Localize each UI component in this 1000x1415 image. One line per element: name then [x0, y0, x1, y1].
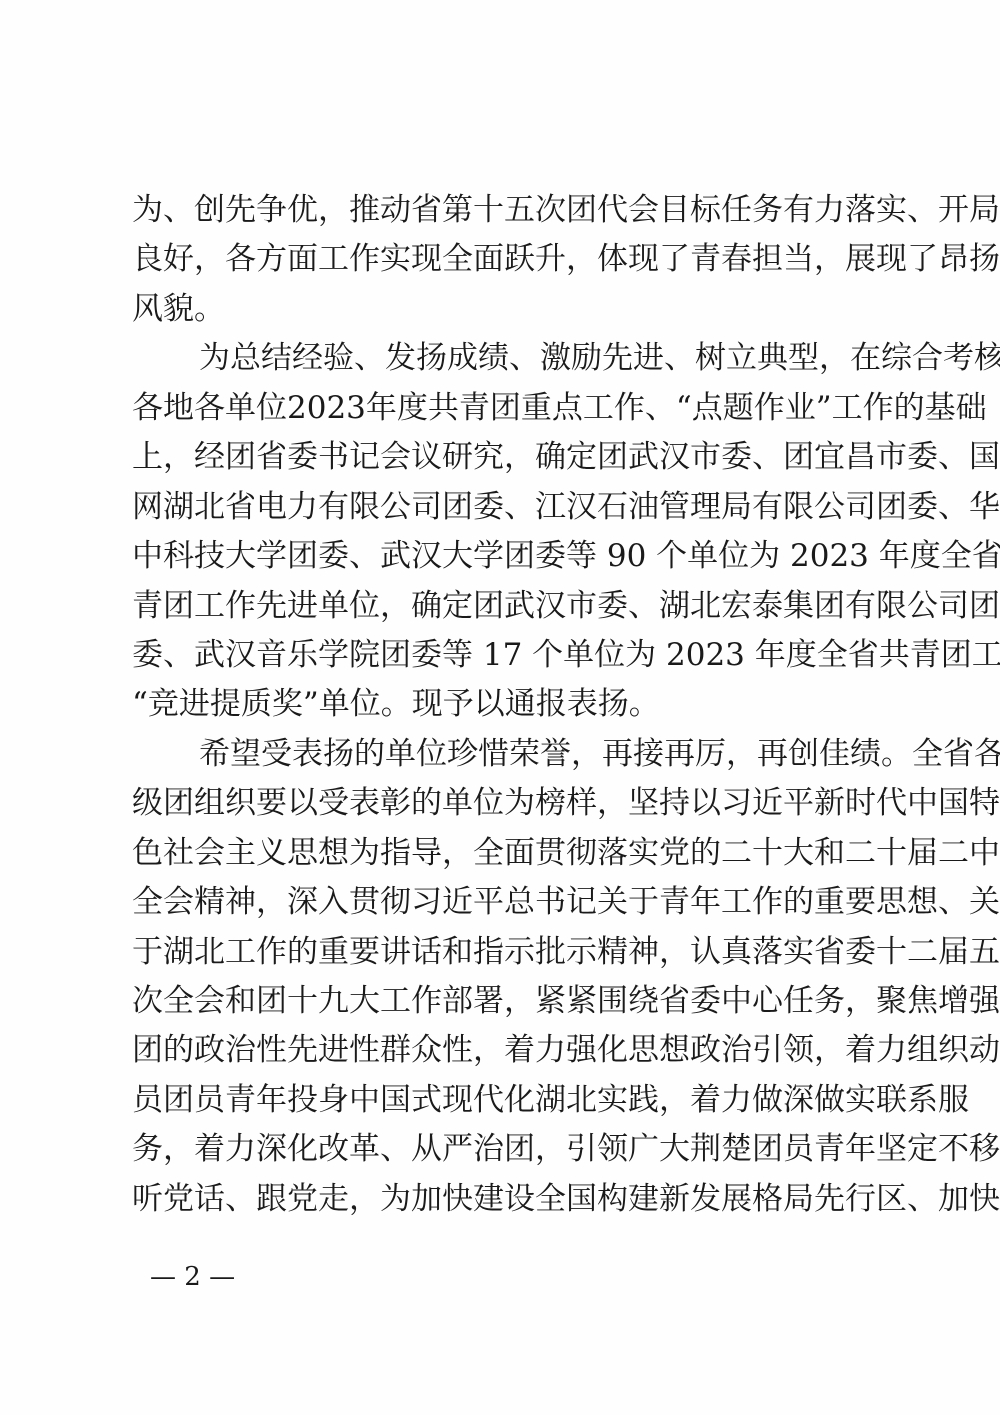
text-line: 风貌。: [132, 285, 872, 334]
paragraph-2: 为总结经验、发扬成绩、激励先进、树立典型，在综合考核 各地各单位2023年度共青…: [132, 334, 872, 730]
text-line: 委、武汉音乐学院团委等 17 个单位为 2023 年度全省共青团工作: [132, 631, 872, 680]
text-line: 青团工作先进单位，确定团武汉市委、湖北宏泰集团有限公司团: [132, 582, 872, 631]
text-line: 网湖北省电力有限公司团委、江汉石油管理局有限公司团委、华: [132, 483, 872, 532]
text-line: 良好，各方面工作实现全面跃升，体现了青春担当，展现了昂扬: [132, 235, 872, 284]
text-line: 希望受表扬的单位珍惜荣誉，再接再厉，再创佳绩。全省各: [132, 730, 872, 779]
text-line: 色社会主义思想为指导，全面贯彻落实党的二十大和二十届二中: [132, 829, 872, 878]
text-line: 听党话、跟党走，为加快建设全国构建新发展格局先行区、加快: [132, 1175, 872, 1224]
text-line: 次全会和团十九大工作部署，紧紧围绕省委中心任务，聚焦增强: [132, 977, 872, 1026]
text-line: 上，经团省委书记会议研究，确定团武汉市委、团宜昌市委、国: [132, 433, 872, 482]
paragraph-3: 希望受表扬的单位珍惜荣誉，再接再厉，再创佳绩。全省各 级团组织要以受表彰的单位为…: [132, 730, 872, 1224]
text-line: 为总结经验、发扬成绩、激励先进、树立典型，在综合考核: [132, 334, 872, 383]
text-line: 员团员青年投身中国式现代化湖北实践，着力做深做实联系服: [132, 1076, 872, 1125]
text-line: 级团组织要以受表彰的单位为榜样，坚持以习近平新时代中国特: [132, 779, 872, 828]
text-line: 于湖北工作的重要讲话和指示批示精神，认真落实省委十二届五: [132, 928, 872, 977]
page-number: — 2 —: [150, 1262, 235, 1292]
paragraph-1: 为、创先争优，推动省第十五次团代会目标任务有力落实、开局 良好，各方面工作实现全…: [132, 186, 872, 334]
document-page: 为、创先争优，推动省第十五次团代会目标任务有力落实、开局 良好，各方面工作实现全…: [0, 0, 1000, 1415]
text-line: 中科技大学团委、武汉大学团委等 90 个单位为 2023 年度全省共: [132, 532, 872, 581]
text-line: 全会精神，深入贯彻习近平总书记关于青年工作的重要思想、关: [132, 878, 872, 927]
text-line: 各地各单位2023年度共青团重点工作、“点题作业”工作的基础: [132, 384, 872, 433]
text-line: 团的政治性先进性群众性，着力强化思想政治引领，着力组织动: [132, 1026, 872, 1075]
text-line: 为、创先争优，推动省第十五次团代会目标任务有力落实、开局: [132, 186, 872, 235]
body-text: 为、创先争优，推动省第十五次团代会目标任务有力落实、开局 良好，各方面工作实现全…: [132, 186, 872, 1224]
text-line: “竞进提质奖”单位。现予以通报表扬。: [132, 680, 872, 729]
text-line: 务，着力深化改革、从严治团，引领广大荆楚团员青年坚定不移: [132, 1125, 872, 1174]
